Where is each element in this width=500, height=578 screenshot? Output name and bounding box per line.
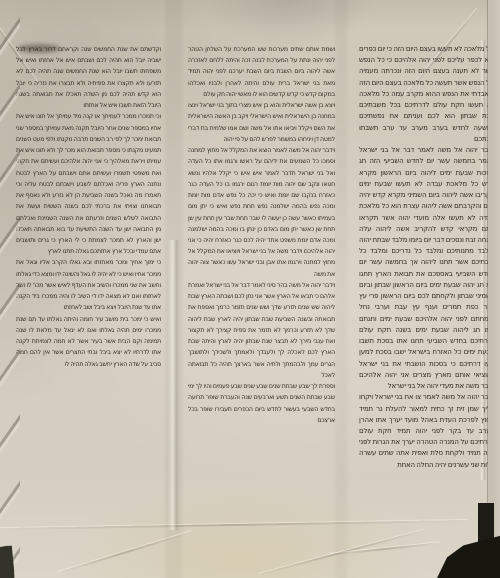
fold-crease: [168, 240, 180, 530]
torah-text-paragraph: וכי תמכרו ממכר לעמיתך או קנה מיד עמיתך א…: [16, 111, 161, 257]
text-column-middle: ושמת אותם שתים מערכות שש המערכת על השלחן…: [188, 44, 335, 516]
manuscript-photo: וכל מלאכה לא תעשו בעצם היום הזה כי יום כ…: [0, 0, 500, 578]
torah-text-paragraph: וקדשתם את שנת החמשים שנה וקראתם דרור באר…: [16, 44, 161, 111]
torah-text-paragraph: ושמת אותם שתים מערכות שש המערכת על השלחן…: [188, 44, 335, 100]
text-column-left: וקדשתם את שנת החמשים שנה וקראתם דרור באר…: [16, 44, 161, 516]
text-column-right: וכל מלאכה לא תעשו בעצם היום הזה כי יום כ…: [359, 44, 495, 516]
parchment-right-edge-seam: [487, 0, 500, 578]
torah-text-paragraph: ואיש כי ימכר בית מושב עיר חומה והיתה גאל…: [16, 314, 161, 370]
torah-text-paragraph: וכל מלאכה לא תעשו בעצם היום הזה כי יום כ…: [359, 44, 495, 145]
torah-text-paragraph: וידבר יהוה אל משה לאמר דבר אל בני ישראל …: [359, 145, 495, 392]
torah-text-paragraph: ויצא בן אשה ישראלית והוא בן איש מצרי בתו…: [188, 100, 335, 145]
background-gap-dark: [478, 503, 494, 543]
torah-text-paragraph: וידבר יהוה אל משה לאמר הוצא את המקלל אל …: [188, 145, 335, 280]
torah-text-paragraph: כי ימוך אחיך ומכר מאחזתו ובא גאלו הקרב א…: [16, 257, 161, 313]
parchment-left-edge-folds: [0, 0, 20, 578]
torah-text-paragraph: וידבר יהוה אל משה בהר סיני לאמר דבר אל ב…: [188, 280, 335, 381]
torah-text-paragraph: וידבר יהוה אל משה לאמר צו את בני ישראל ו…: [359, 392, 495, 471]
torah-text-paragraph: וספרת לך שבע שבתת שנים שבע שנים שבע פעמי…: [188, 381, 335, 426]
